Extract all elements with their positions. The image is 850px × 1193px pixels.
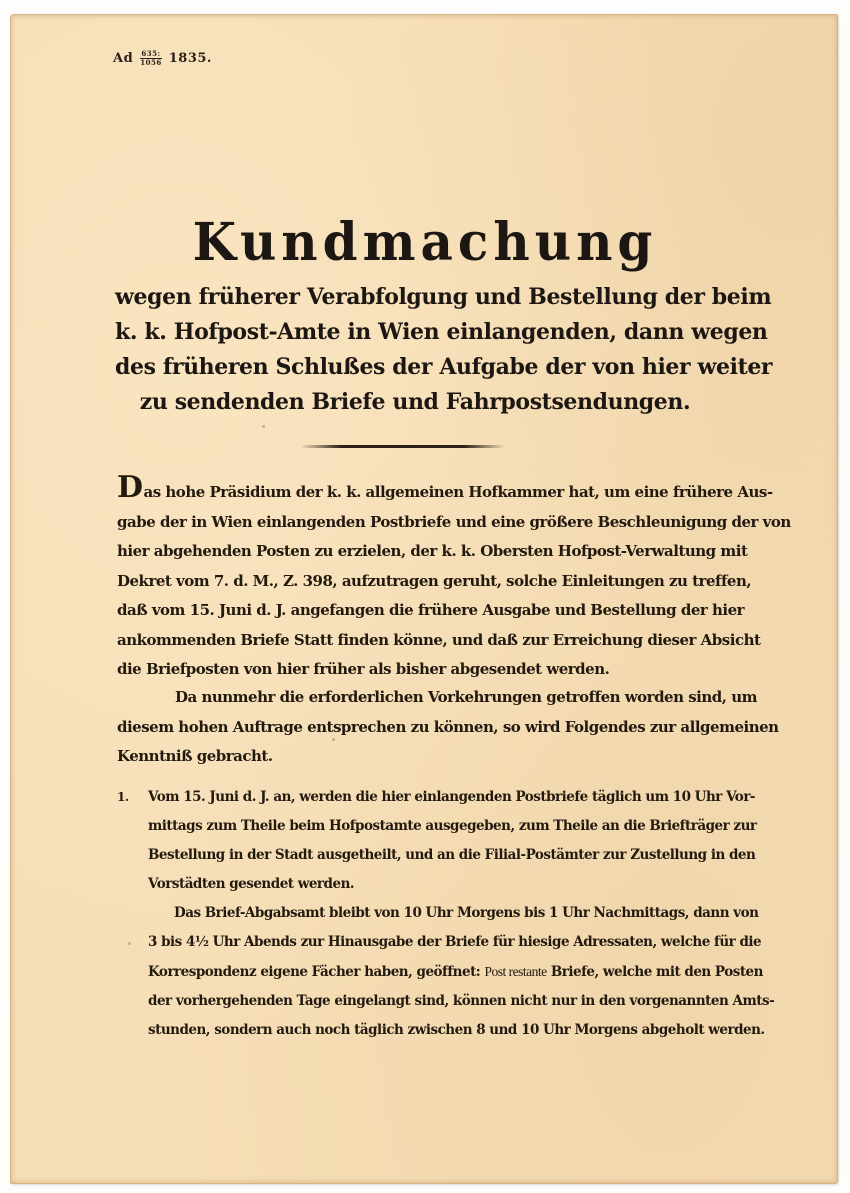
reference-fraction: 635: 1056 bbox=[140, 50, 161, 67]
list-sub-line: Das Brief-Abgabsamt bleibt von 10 Uhr Mo… bbox=[117, 899, 685, 928]
paragraph-line: diesem hohen Auftrage entsprechen zu kön… bbox=[117, 713, 685, 743]
list-sub-line: Korrespondenz eigene Fächer haben, geöff… bbox=[117, 957, 685, 987]
paragraph-1: Das hohe Präsidium der k. k. allgemeinen… bbox=[117, 478, 685, 685]
paper-stain bbox=[262, 425, 265, 428]
subtitle-line: zu sendenden Briefe und Fahrpostsendunge… bbox=[115, 385, 715, 420]
list-item-line: 1.Vom 15. Juni d. J. an, werden die hier… bbox=[117, 783, 685, 812]
reference-prefix: Ad bbox=[113, 51, 133, 66]
paragraph-line: daß vom 15. Juni d. J. angefangen die fr… bbox=[117, 596, 685, 626]
list-sub-line: stunden, sondern auch noch täglich zwisc… bbox=[117, 1016, 685, 1045]
decorative-divider bbox=[300, 445, 505, 448]
subtitle-line: wegen früherer Verabfolgung und Bestellu… bbox=[115, 280, 715, 315]
list-number: 1. bbox=[117, 783, 148, 812]
paragraph-line: gabe der in Wien einlangenden Postbriefe… bbox=[117, 508, 685, 538]
paragraph-line: hier abgehenden Posten zu erzielen, der … bbox=[117, 537, 685, 567]
subtitle-line: k. k. Hofpost-Amte in Wien einlangenden,… bbox=[115, 315, 715, 350]
line-text: Vom 15. Juni d. J. an, werden die hier e… bbox=[148, 789, 755, 805]
paragraph-2: Da nunmehr die erforderlichen Vorkehrung… bbox=[117, 683, 685, 772]
list-item-line: Vorstädten gesendet werden. bbox=[117, 870, 685, 899]
document-title: Kundmachung bbox=[0, 211, 850, 273]
paragraph-line: ankommenden Briefe Statt finden könne, u… bbox=[117, 626, 685, 656]
drop-cap: D bbox=[117, 470, 143, 505]
paragraph-line: Dekret vom 7. d. M., Z. 398, aufzutragen… bbox=[117, 567, 685, 597]
subtitle-line: des früheren Schlußes der Aufgabe der vo… bbox=[115, 350, 715, 385]
paragraph-line: Das hohe Präsidium der k. k. allgemeinen… bbox=[117, 478, 685, 508]
line-text: Briefe, welche mit den Posten bbox=[551, 964, 763, 980]
list-item-line: mittags zum Theile beim Hofpostamte ausg… bbox=[117, 812, 685, 841]
fraction-denominator: 1056 bbox=[140, 59, 161, 67]
document-subtitle: wegen früherer Verabfolgung und Bestellu… bbox=[115, 280, 715, 420]
line-text: as hohe Präsidium der k. k. allgemeinen … bbox=[144, 483, 773, 501]
reference-year: 1835. bbox=[169, 51, 212, 66]
list-item-line: Bestellung in der Stadt ausgetheilt, und… bbox=[117, 841, 685, 870]
paragraph-line: die Briefposten von hier früher als bish… bbox=[117, 655, 685, 685]
paragraph-line: Kenntniß gebracht. bbox=[117, 742, 685, 772]
list-sub-line: 3 bis 4½ Uhr Abends zur Hinausgabe der B… bbox=[117, 928, 685, 957]
list-sub-line: der vorhergehenden Tage eingelangt sind,… bbox=[117, 987, 685, 1016]
archive-reference: Ad 635: 1056 1835. bbox=[113, 50, 212, 67]
line-text: Korrespondenz eigene Fächer haben, geöff… bbox=[148, 964, 480, 980]
numbered-list: 1.Vom 15. Juni d. J. an, werden die hier… bbox=[117, 783, 685, 1045]
paragraph-line: Da nunmehr die erforderlichen Vorkehrung… bbox=[117, 683, 685, 713]
latin-phrase: Post restante bbox=[485, 964, 547, 979]
